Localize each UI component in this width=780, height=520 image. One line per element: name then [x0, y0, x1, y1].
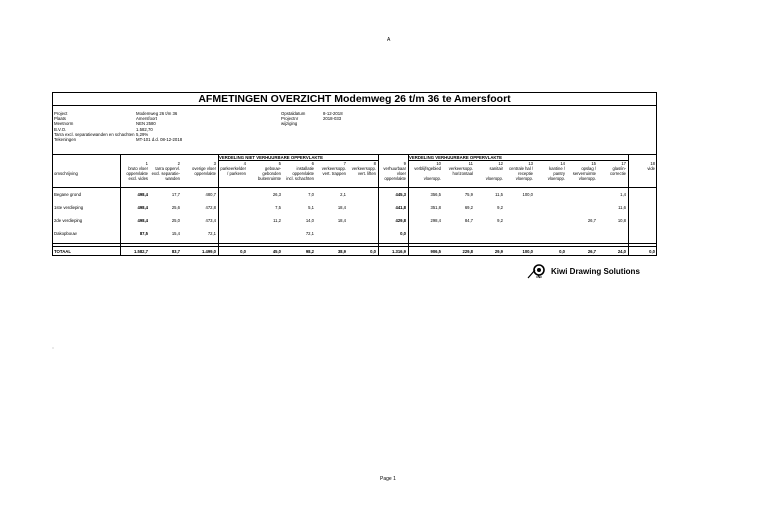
- total-cell: 906,5: [408, 249, 441, 254]
- row-label: 2de verdieping: [54, 218, 82, 223]
- table-cell: 9,2: [475, 205, 503, 210]
- table-cell: 15,4: [150, 231, 180, 236]
- info-values-right: 8-12-20182018-033: [323, 111, 343, 127]
- total-cell: 98,2: [283, 249, 314, 254]
- table-cell: 473,4: [182, 218, 216, 223]
- total-cell: 0,0: [535, 249, 565, 254]
- kiwi-bird-icon: [526, 263, 548, 279]
- table-cell: 0,0: [378, 231, 406, 236]
- table-cell: 1,4: [598, 192, 626, 197]
- total-label: TOTAAL: [54, 249, 71, 254]
- table-cell: 25,6: [150, 205, 180, 210]
- table-cell: 445,3: [378, 192, 406, 197]
- grid-line: [52, 154, 657, 155]
- column-header-label: vloeropp.: [561, 176, 596, 181]
- column-header-label: vert. trappen: [310, 171, 346, 176]
- table-cell: 498,4: [120, 218, 148, 223]
- total-cell: 1.499,0: [182, 249, 216, 254]
- table-cell: 480,7: [182, 192, 216, 197]
- total-cell: 1.582,7: [120, 249, 148, 254]
- table-cell: 26,3: [248, 192, 281, 197]
- table-cell: 9,2: [475, 218, 503, 223]
- column-header-label: vert. liften: [342, 171, 376, 176]
- total-cell: 0,0: [628, 249, 655, 254]
- table-cell: 11,6: [598, 205, 626, 210]
- total-cell: 29,9: [475, 249, 503, 254]
- company-logo: Kiwi Drawing Solutions: [526, 263, 640, 279]
- company-name: Kiwi Drawing Solutions: [551, 267, 640, 276]
- column-header-label: vide: [622, 166, 655, 171]
- page-number: Page 1: [380, 476, 396, 482]
- table-cell: 2,1: [316, 192, 346, 197]
- table-cell: 100,0: [505, 192, 533, 197]
- table-cell: 69,2: [443, 205, 473, 210]
- section-header-rentable: VERDELING VERHUURBARE OPPERVLAKTE: [409, 155, 502, 160]
- section-header-non-rentable: VERDELING NIET VERHUURBARE OPPERVLAKTE: [219, 155, 323, 160]
- table-cell: 498,4: [120, 192, 148, 197]
- table-cell: 298,4: [408, 218, 441, 223]
- column-header-label: horizontaal: [437, 171, 473, 176]
- table-cell: 25,0: [150, 218, 180, 223]
- column-header-label: buitenruimte: [242, 176, 281, 181]
- column-header-label: vloeropp.: [402, 176, 441, 181]
- total-cell: 83,7: [150, 249, 180, 254]
- total-cell: 45,0: [248, 249, 281, 254]
- table-cell: 18,4: [316, 205, 346, 210]
- column-header-label: vloeropp.: [529, 176, 565, 181]
- table-cell: 7,0: [283, 192, 314, 197]
- table-cell: 18,4: [316, 218, 346, 223]
- column-header-label: sanitair: [469, 166, 503, 171]
- table-cell: 11,2: [248, 218, 281, 223]
- total-cell: 26,7: [567, 249, 596, 254]
- column-header-label: vloeropp.: [499, 176, 533, 181]
- row-label: Dakopbouw: [54, 231, 77, 236]
- column-header-label: correctie: [592, 171, 626, 176]
- sheet-title: AFMETINGEN OVERZICHT Modemweg 26 t/m 36 …: [52, 92, 657, 106]
- table-cell: 72,1: [182, 231, 216, 236]
- info-label: wijziging: [281, 121, 305, 126]
- total-cell: 24,0: [598, 249, 626, 254]
- grid-line: [52, 246, 657, 247]
- table-cell: 472,8: [182, 205, 216, 210]
- total-cell: 100,0: [505, 249, 533, 254]
- table-cell: 26,7: [567, 218, 596, 223]
- column-header-description: omschrijving: [54, 171, 78, 176]
- column-header-label: oppervlakte: [372, 176, 406, 181]
- table-cell: 498,4: [120, 205, 148, 210]
- table-cell: 72,1: [283, 231, 314, 236]
- column-header-label: vloeropp.: [469, 176, 503, 181]
- table-cell: 5,1: [283, 205, 314, 210]
- total-cell: 0,0: [218, 249, 246, 254]
- info-values-left: Modemweg 26 t/m 36AmersfoortNEN 25801.58…: [136, 111, 182, 142]
- grid-line: [52, 243, 657, 244]
- table-cell: 17,7: [150, 192, 180, 197]
- grid-line: [52, 187, 657, 188]
- column-header-label: wanden: [144, 176, 180, 181]
- row-label: Begane grond: [54, 192, 81, 197]
- table-cell: 84,7: [443, 218, 473, 223]
- table-cell: 429,8: [378, 218, 406, 223]
- column-header-label: excl. vides: [114, 176, 148, 181]
- column-header-label: / parkeren: [212, 171, 246, 176]
- table-cell: 7,5: [248, 205, 281, 210]
- column-header-label: incl. schachten: [277, 176, 314, 181]
- info-value: [323, 121, 343, 126]
- total-cell: 229,8: [443, 249, 473, 254]
- table-cell: 11,5: [475, 192, 503, 197]
- table-cell: 351,8: [408, 205, 441, 210]
- table-cell: 10,8: [598, 218, 626, 223]
- margin-marker: ::: [52, 345, 54, 350]
- table-cell: 87,5: [120, 231, 148, 236]
- table-cell: 14,0: [283, 218, 314, 223]
- table-cell: 75,9: [443, 192, 473, 197]
- total-cell: 1.316,9: [378, 249, 406, 254]
- table-cell: 356,5: [408, 192, 441, 197]
- info-labels-right: OpstaldatumProjectnrwijziging: [281, 111, 305, 127]
- page-marker: A: [387, 37, 390, 43]
- info-value: 2018-033: [323, 116, 343, 121]
- column-header-label: oppervlakte: [176, 171, 216, 176]
- total-cell: 0,0: [348, 249, 376, 254]
- table-cell: 441,8: [378, 205, 406, 210]
- column-header-label: verblijfsgebied: [402, 166, 441, 171]
- info-labels-left: ProjectPlaatsMeetnormB.V.O.Tarra excl. s…: [54, 111, 135, 142]
- info-label: Tekeningen: [54, 137, 135, 142]
- total-cell: 38,9: [316, 249, 346, 254]
- info-value: MT-101 d.d. 08-12-2018: [136, 137, 182, 142]
- row-label: 1ste verdieping: [54, 205, 83, 210]
